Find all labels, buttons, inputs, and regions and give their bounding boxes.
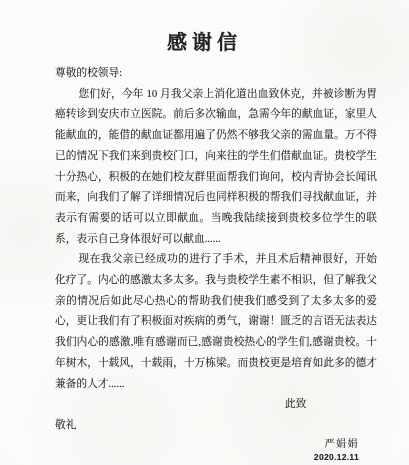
letter-content: 尊敬的校领导: 您们好，今年 10 月我父亲上消化道出血致休克，并被诊断为胃癌转… [55, 57, 377, 463]
signature-name: 严娟娟 [55, 438, 359, 452]
closing-jingli: 敬礼 [55, 415, 377, 436]
paragraph: 现在我父亲已经成功的进行了手术，并且术后精神很好，开始化疗了。内心的感激太多太多… [55, 249, 377, 394]
signature-block: 严娟娟 2020.12.11 [55, 438, 377, 463]
paragraph: 您们好，今年 10 月我父亲上消化道出血致休克，并被诊断为胃癌转诊到安庆市立医院… [55, 84, 377, 250]
signature-date: 2020.12.11 [55, 452, 359, 463]
letter-page: 感谢信 尊敬的校领导: 您们好，今年 10 月我父亲上消化道出血致休克，并被诊断… [0, 0, 409, 465]
salutation: 尊敬的校领导: [55, 63, 377, 84]
closing-cizhi: 此致 [55, 394, 377, 415]
letter-title: 感谢信 [0, 0, 409, 57]
letter-body: 您们好，今年 10 月我父亲上消化道出血致休克，并被诊断为胃癌转诊到安庆市立医院… [55, 84, 377, 395]
